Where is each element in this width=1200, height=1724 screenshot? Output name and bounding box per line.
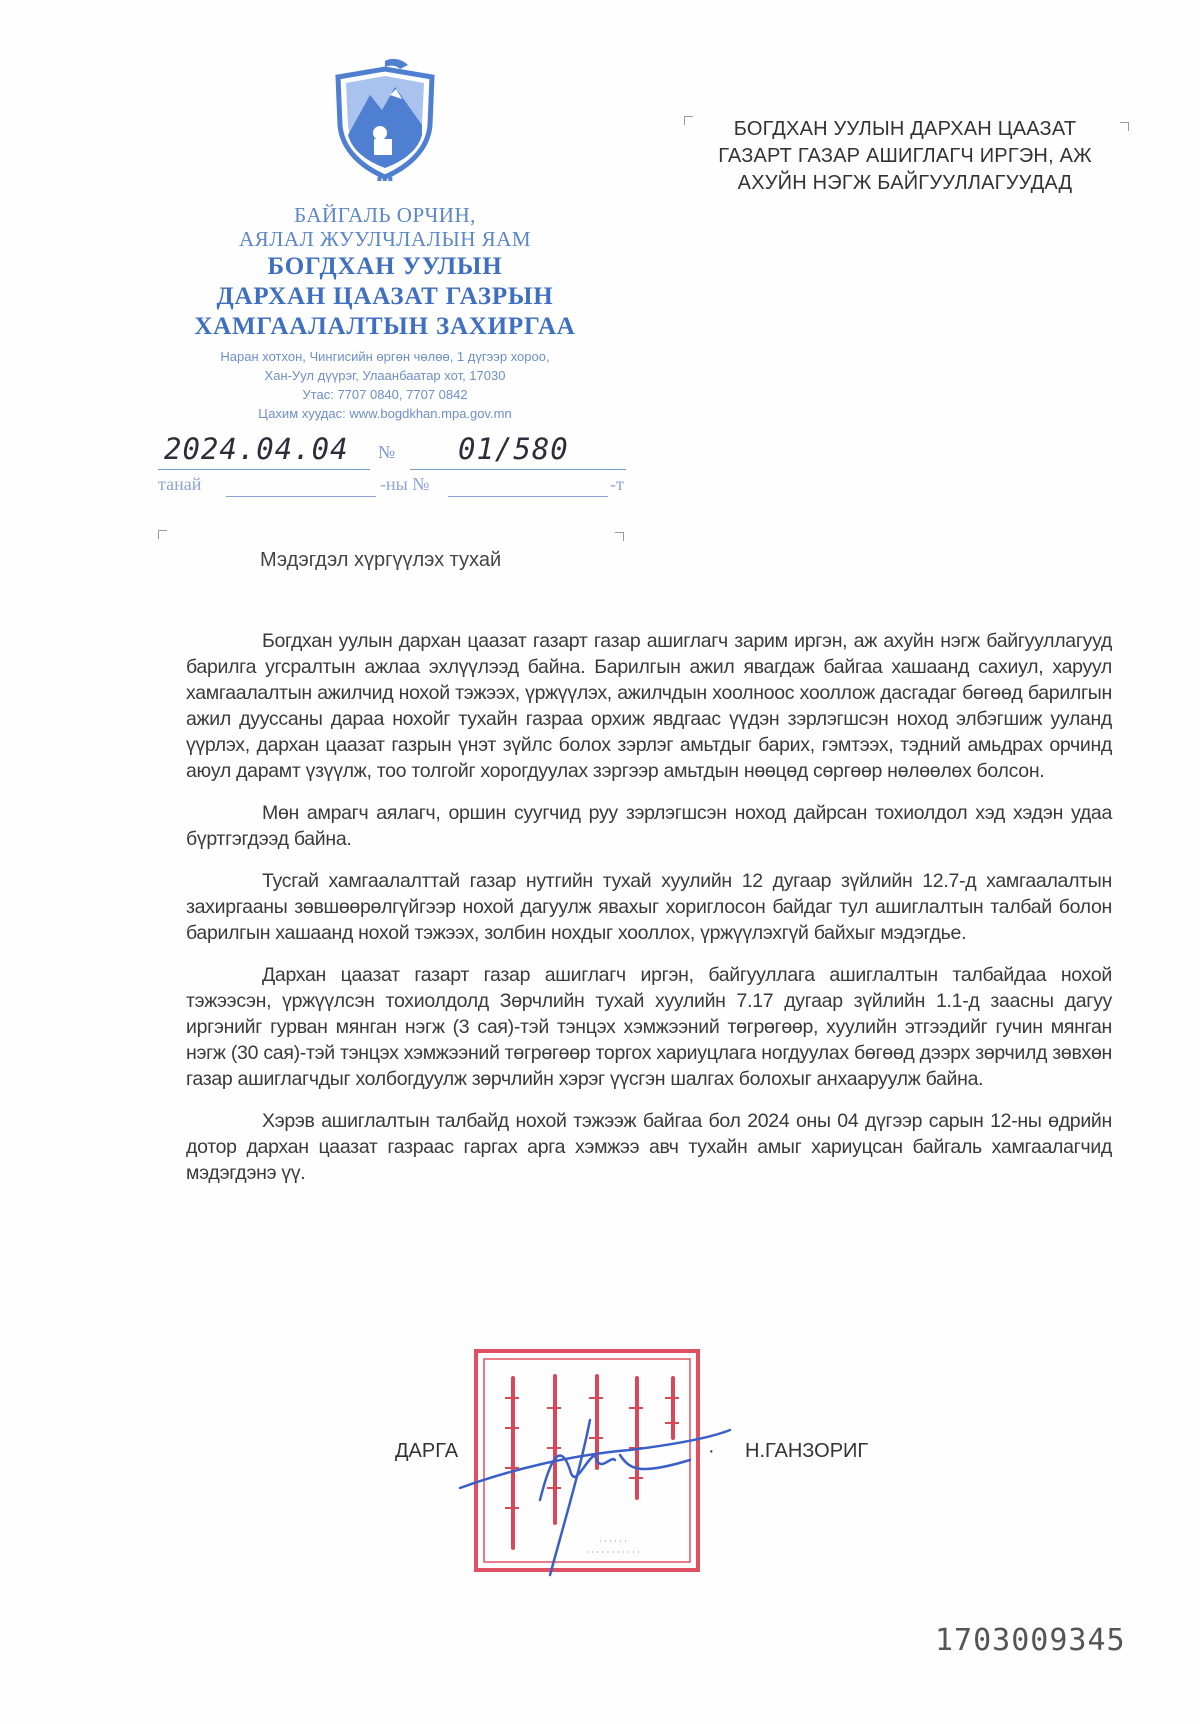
- number-label: №: [378, 442, 395, 463]
- your-number-label: -ны №: [380, 474, 429, 495]
- ministry-name-line: АЯЛАЛ ЖУУЛЧЛАЛЫН ЯАМ: [150, 227, 620, 251]
- handwritten-signature-icon: [450, 1400, 750, 1580]
- website-line: Цахим хуудас: www.bogdkhan.mpa.gov.mn: [150, 404, 620, 423]
- svg-text:▪▪▪: ▪▪▪: [377, 174, 393, 183]
- body-paragraph: Тусгай хамгаалалттай газар нутгийн тухай…: [186, 868, 1112, 946]
- subject-corner-mark: [615, 532, 624, 541]
- agency-name-line: ХАМГААЛАЛТЫН ЗАХИРГАА: [150, 313, 620, 341]
- address-line: Хан-Уул дүүрэг, Улаанбаатар хот, 17030: [150, 366, 620, 385]
- body-paragraph: Дархан цаазат газарт газар ашиглагч иргэ…: [186, 962, 1112, 1092]
- letter-number: 01/580: [458, 432, 569, 466]
- body-paragraph: Богдхан уулын дархан цаазат газарт газар…: [186, 628, 1112, 784]
- body-paragraph: Мөн амрагч аялагч, оршин суугчид руу зэр…: [186, 800, 1112, 852]
- agency-name-line: БОГДХАН УУЛЫН: [150, 253, 620, 281]
- subject-corner-mark: [158, 530, 167, 539]
- signature-separator: ·: [708, 1440, 715, 1463]
- ministry-name-line: БАЙГАЛЬ ОРЧИН,: [150, 203, 620, 227]
- reference-line: 2024.04.04 № 01/580: [158, 432, 628, 472]
- addressee-line: АХУЙН НЭГЖ БАЙГУУЛЛАГУУДАД: [680, 170, 1130, 197]
- body-paragraph: Хэрэв ашиглалтын талбайд нохой тэжээж ба…: [186, 1108, 1112, 1186]
- addressee-line: ГАЗАРТ ГАЗАР АШИГЛАГЧ ИРГЭН, АЖ: [680, 143, 1130, 170]
- agency-name-line: ДАРХАН ЦААЗАТ ГАЗРЫН: [150, 283, 620, 311]
- address-line: Наран хотхон, Чингисийн өргөн чөлөө, 1 д…: [150, 347, 620, 366]
- letter-body: Богдхан уулын дархан цаазат газарт газар…: [186, 628, 1112, 1202]
- agency-emblem-icon: ▪▪▪: [330, 55, 440, 183]
- your-suffix: -т: [610, 474, 624, 495]
- agency-name-block: БАЙГАЛЬ ОРЧИН, АЯЛАЛ ЖУУЛЧЛАЛЫН ЯАМ БОГД…: [150, 203, 620, 341]
- date-underline: [158, 469, 370, 470]
- document-serial-number: 1703009345: [935, 1623, 1126, 1658]
- your-date-blank: [226, 496, 376, 497]
- addressee-block: БОГДХАН УУЛЫН ДАРХАН ЦААЗАТ ГАЗАРТ ГАЗАР…: [680, 116, 1130, 197]
- letter-page: ▪▪▪ БАЙГАЛЬ ОРЧИН, АЯЛАЛ ЖУУЛЧЛАЛЫН ЯАМ …: [0, 0, 1200, 1724]
- your-label: танай: [158, 474, 201, 495]
- contact-info: Наран хотхон, Чингисийн өргөн чөлөө, 1 д…: [150, 347, 620, 423]
- signatory-title: ДАРГА: [395, 1440, 458, 1463]
- number-underline: [410, 469, 626, 470]
- signatory-name: Н.ГАНЗОРИГ: [745, 1440, 868, 1463]
- addressee-line: БОГДХАН УУЛЫН ДАРХАН ЦААЗАТ: [680, 116, 1130, 143]
- phone-line: Утас: 7707 0840, 7707 0842: [150, 385, 620, 404]
- letter-subject: Мэдэгдэл хүргүүлэх тухай: [260, 549, 501, 572]
- letter-date: 2024.04.04: [164, 432, 349, 466]
- your-reference-line: танай -ны № -т: [158, 474, 628, 504]
- your-number-blank: [448, 496, 608, 497]
